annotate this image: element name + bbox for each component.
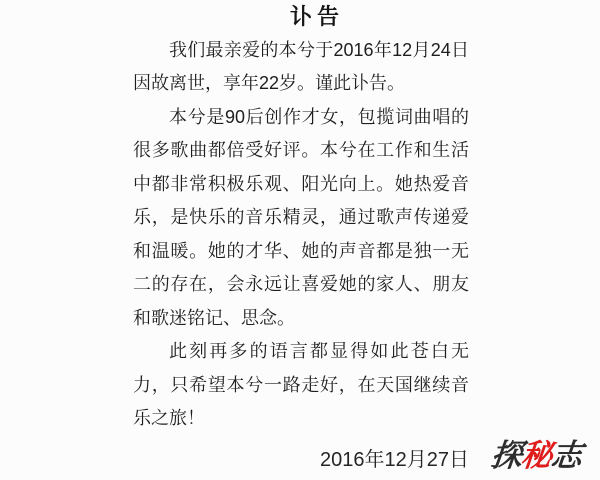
paragraph-death-notice: 我们最亲爱的本兮于2016年12月24日因故离世，享年22岁。谨此讣告。 — [133, 34, 469, 101]
site-watermark-logo: 探秘志 — [489, 437, 583, 475]
watermark-char-1: 探 — [489, 437, 523, 475]
paragraph-farewell: 此刻再多的语言都显得如此苍白无力，只希望本兮一路走好，在天国继续音乐之旅！ — [133, 335, 469, 436]
obituary-document: 讣告 我们最亲爱的本兮于2016年12月24日因故离世，享年22岁。谨此讣告。 … — [133, 0, 469, 472]
paragraph-biography: 本兮是90后创作才女，包揽词曲唱的很多歌曲都倍受好评。本兮在工作和生活中都非常积… — [133, 101, 469, 336]
watermark-char-3: 志 — [549, 437, 583, 475]
document-date: 2016年12月27日 — [133, 448, 469, 472]
watermark-char-2: 秘 — [519, 437, 553, 475]
document-title: 讣告 — [149, 0, 485, 34]
obituary-page: 讣告 我们最亲爱的本兮于2016年12月24日因故离世，享年22岁。谨此讣告。 … — [0, 0, 600, 480]
